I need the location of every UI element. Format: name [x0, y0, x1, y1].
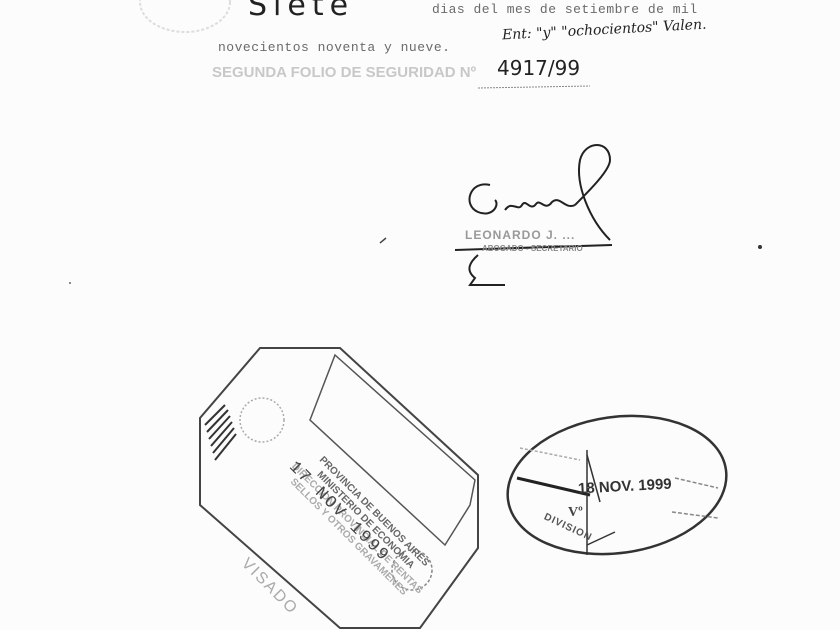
scanned-document-page: Siete dias del mes de setiembre de mil n…: [0, 0, 840, 630]
oval-stamp-mark: Vº: [568, 505, 583, 521]
oval-official-stamp: [0, 0, 840, 630]
